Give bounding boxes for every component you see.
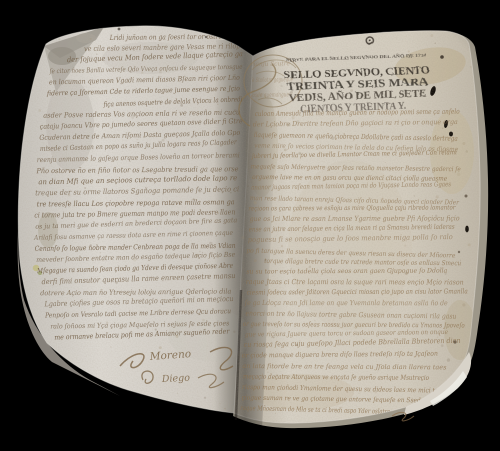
photo-canvas: SIRVE PARA EL SELLO SEGVNDO DEL AÑO DE 1… — [0, 0, 500, 451]
manuscript-photo: SIRVE PARA EL SELLO SEGVNDO DEL AÑO DE 1… — [0, 0, 500, 451]
photo-vignette — [0, 0, 500, 451]
